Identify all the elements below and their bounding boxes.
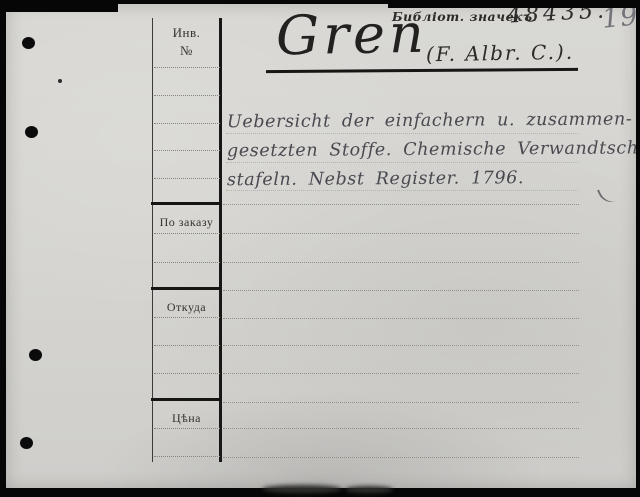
writing-rule <box>226 190 578 191</box>
scan-border-left <box>0 0 6 497</box>
writing-rule <box>223 428 579 429</box>
writing-rule <box>223 373 579 374</box>
rule-line <box>154 456 220 457</box>
by-order-label: По заказу <box>153 215 220 230</box>
scan-border-right <box>636 0 640 497</box>
ink-speck <box>58 79 62 83</box>
scan-border-top-left <box>0 0 118 12</box>
label-column-right-border <box>219 18 222 462</box>
author-name-handwriting: Gren <box>276 7 429 64</box>
hole-punch-mark <box>20 437 33 449</box>
description-line-1: Uebersicht der einfachern u. zusammen- <box>227 110 587 133</box>
description-line-2: gesetzten Stoffe. Chemische Verwandtscha… <box>227 139 587 162</box>
writing-rule <box>223 262 579 263</box>
origin-label: Откуда <box>153 300 220 315</box>
rule-line <box>154 317 220 318</box>
card-paper <box>6 4 637 489</box>
inventory-label-line1: Инв. <box>153 24 220 42</box>
section-divider <box>151 287 222 290</box>
writing-rule <box>226 162 578 163</box>
writing-rule <box>223 233 579 234</box>
writing-rule <box>223 318 579 319</box>
scan-border-top-right <box>388 0 640 8</box>
section-divider <box>151 398 222 401</box>
inventory-number-label: Инв. № <box>153 24 220 59</box>
rule-line <box>154 95 220 96</box>
inventory-label-line2: № <box>153 42 220 60</box>
scan-smudge <box>345 486 393 493</box>
description-line-3: stafeln. Nebst Register. 1796. <box>227 168 587 191</box>
rule-line <box>154 67 220 68</box>
rule-line <box>154 178 220 179</box>
rule-line <box>154 345 220 346</box>
rule-line <box>154 123 220 124</box>
writing-rule <box>223 290 579 291</box>
writing-rule <box>223 457 579 458</box>
rule-line <box>154 373 220 374</box>
catalog-card-scan: Инв. № По заказу Откуда Цѣна Библіот. зн… <box>0 0 640 497</box>
writing-rule <box>223 345 579 346</box>
author-initials-handwriting: (F. Albr. C.). <box>426 40 575 67</box>
rule-line <box>154 262 220 263</box>
rule-line <box>154 150 220 151</box>
writing-rule <box>226 133 578 134</box>
scan-smudge <box>262 485 342 493</box>
writing-rule <box>223 402 579 403</box>
label-column-left-border <box>152 18 153 462</box>
hole-punch-mark <box>25 126 38 138</box>
rule-line <box>154 233 220 234</box>
price-label: Цѣна <box>153 411 220 426</box>
section-divider <box>151 202 222 205</box>
hole-punch-mark <box>22 37 35 49</box>
rule-line <box>154 428 220 429</box>
writing-rule <box>223 204 579 205</box>
hole-punch-mark <box>29 349 42 361</box>
